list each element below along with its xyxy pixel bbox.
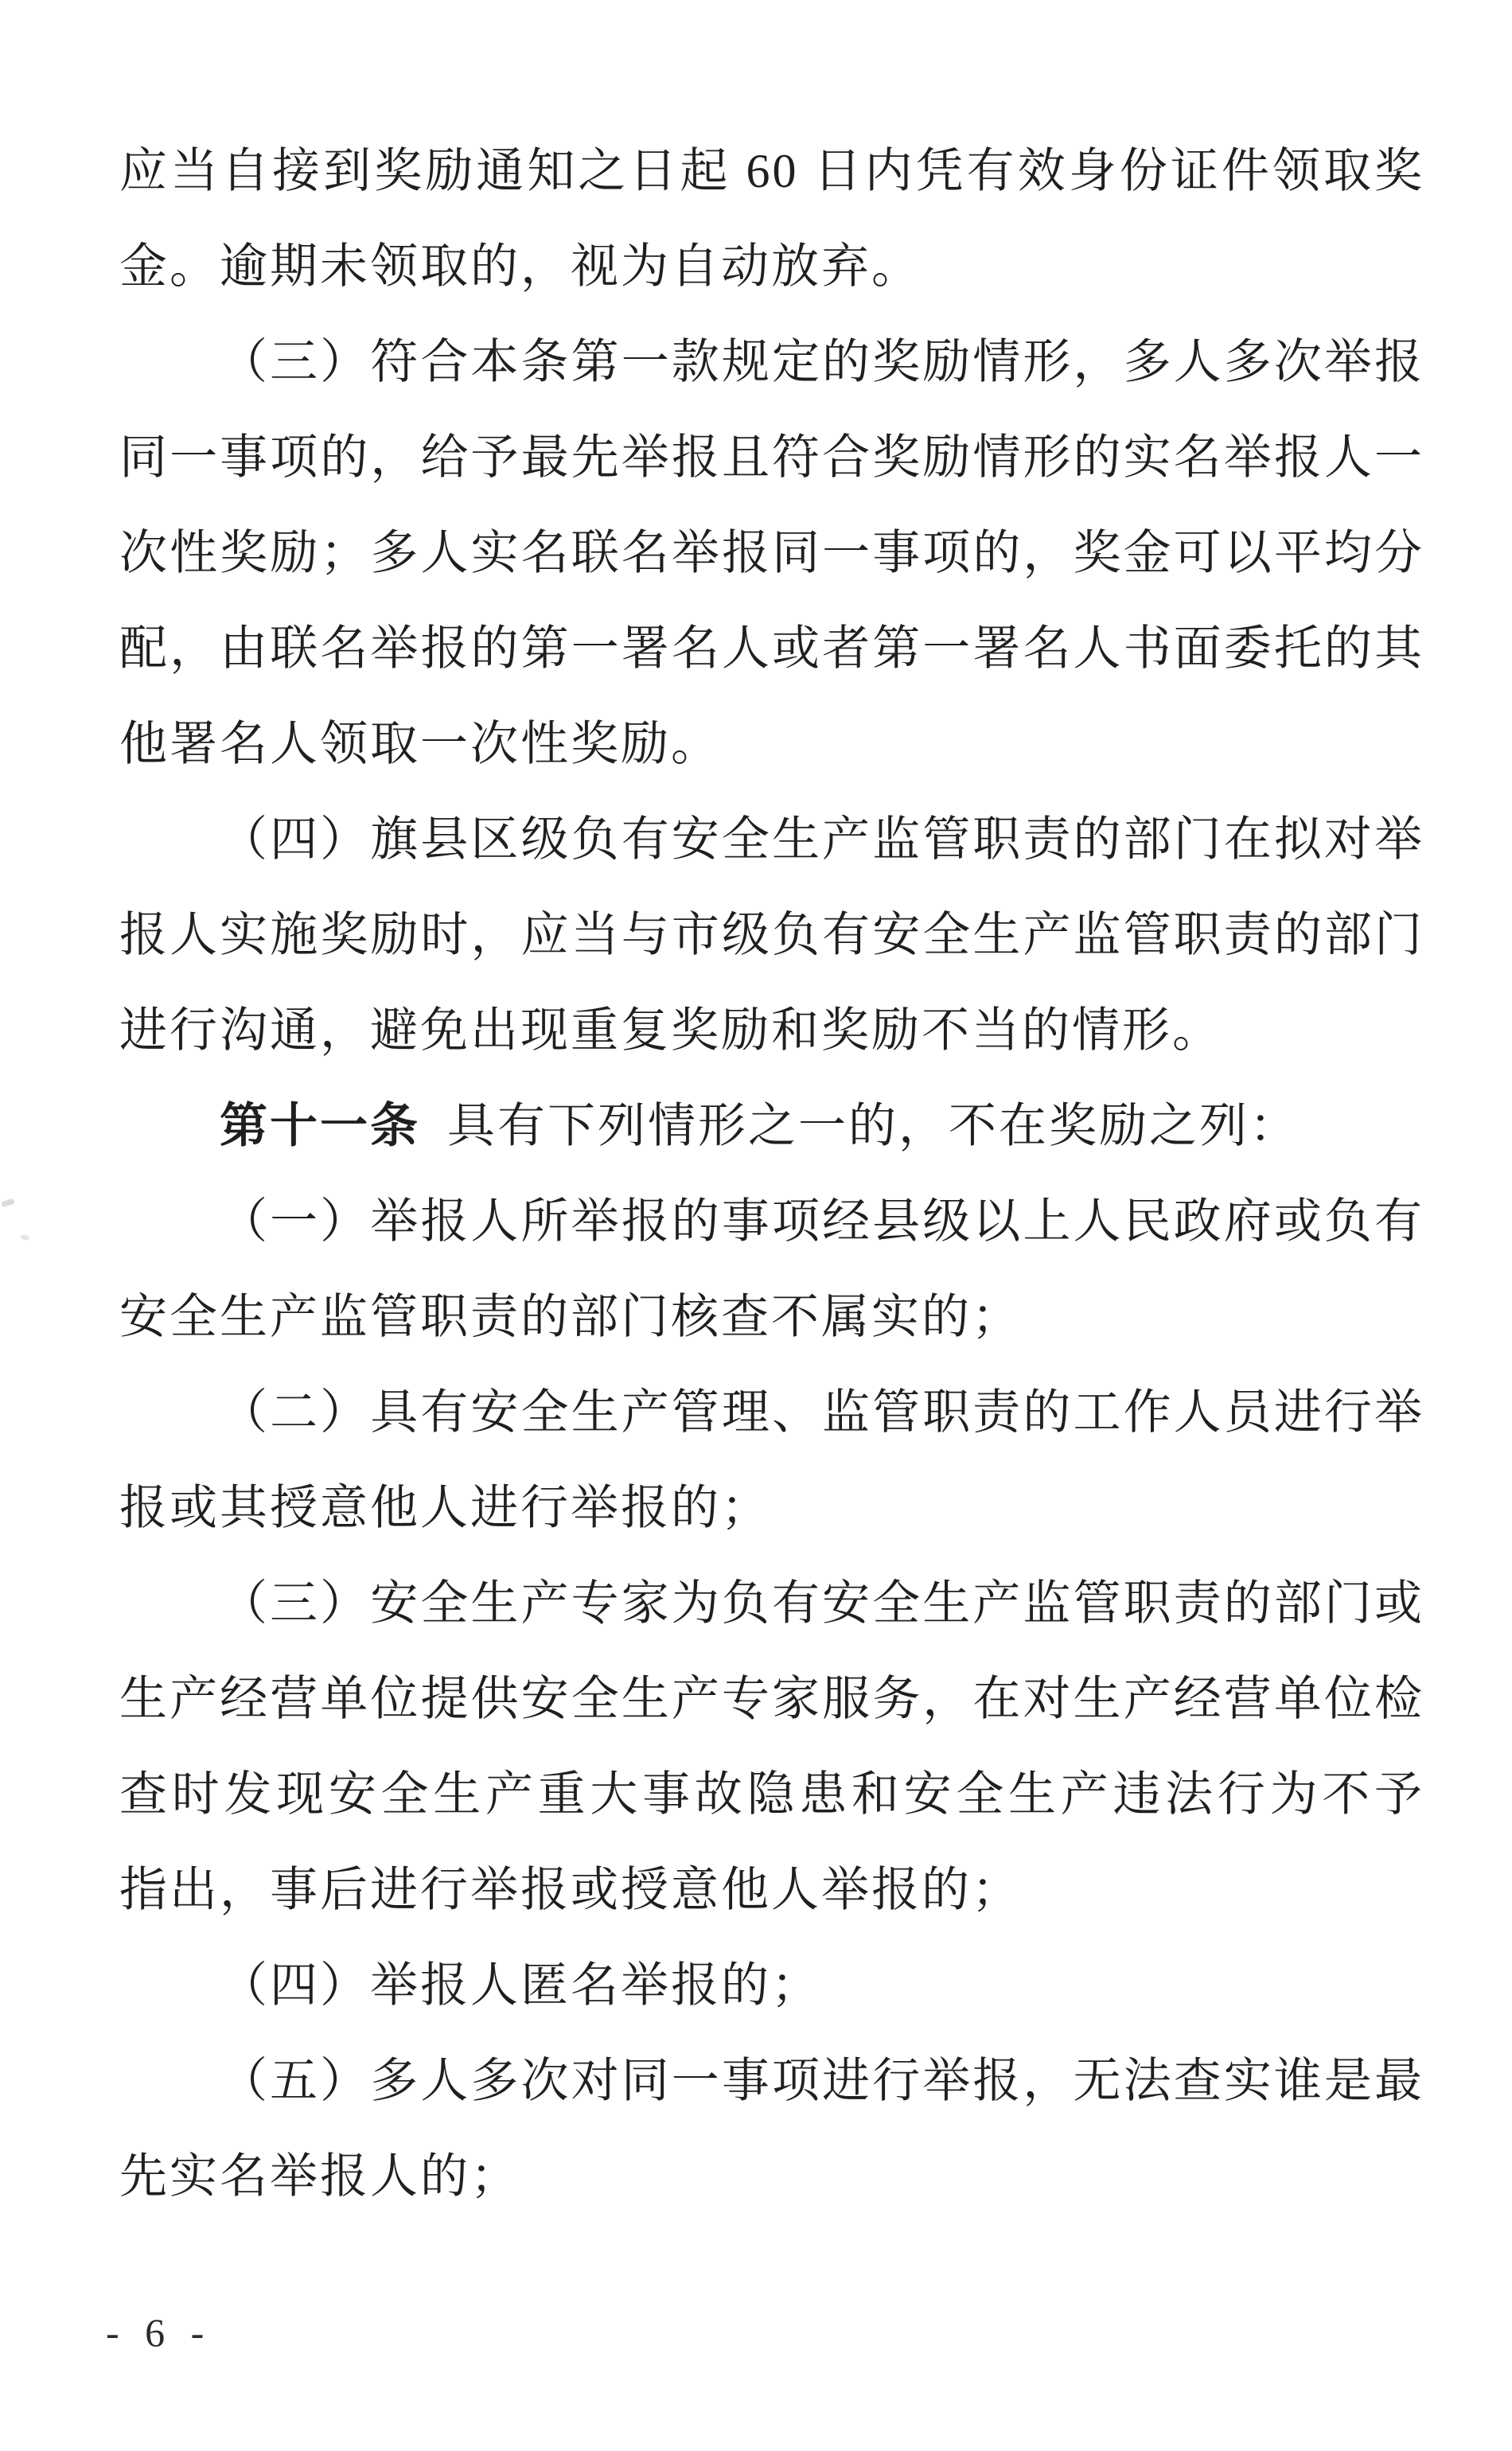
document-line: 安全生产监管职责的部门核查不属实的； — [119, 1269, 1424, 1365]
document-line: （四）旗县区级负有安全生产监管职责的部门在拟对举 — [119, 792, 1424, 887]
document-line: （三）安全生产专家为负有安全生产监管职责的部门或 — [119, 1556, 1424, 1651]
document-line: 生产经营单位提供安全生产专家服务，在对生产经营单位检 — [119, 1651, 1424, 1747]
document-line: 配，由联名举报的第一署名人或者第一署名人书面委托的其 — [119, 601, 1424, 696]
document-line: 进行沟通，避免出现重复奖励和奖励不当的情形。 — [119, 983, 1424, 1078]
page-number: - 6 - — [106, 2297, 205, 2368]
document-line: （五）多人多次对同一事项进行举报，无法查实谁是最 — [119, 2033, 1424, 2129]
document-line: 先实名举报人的； — [119, 2129, 1424, 2224]
document-line: 报人实施奖励时，应当与市级负有安全生产监管职责的部门 — [119, 887, 1424, 983]
document-line: 指出，事后进行举报或授意他人举报的； — [119, 1842, 1424, 1938]
document-line: 同一事项的，给予最先举报且符合奖励情形的实名举报人一 — [119, 410, 1424, 505]
document-line: 他署名人领取一次性奖励。 — [119, 696, 1424, 792]
document-line: （四）举报人匿名举报的； — [119, 1938, 1424, 2033]
document-line: （二）具有安全生产管理、监管职责的工作人员进行举 — [119, 1365, 1424, 1460]
document-page: 应当自接到奖励通知之日起 60 日内凭有效身份证件领取奖 金。逾期未领取的，视为… — [0, 0, 1512, 2451]
document-line-article-heading: 第十一条具有下列情形之一的，不在奖励之列： — [119, 1078, 1424, 1174]
document-body: 应当自接到奖励通知之日起 60 日内凭有效身份证件领取奖 金。逾期未领取的，视为… — [119, 123, 1424, 2224]
document-line: 查时发现安全生产重大事故隐患和安全生产违法行为不予 — [119, 1747, 1424, 1842]
document-line: 次性奖励；多人实名联名举报同一事项的，奖金可以平均分 — [119, 505, 1424, 601]
article-text: 具有下列情形之一的，不在奖励之列： — [447, 1100, 1300, 1152]
document-line: 应当自接到奖励通知之日起 60 日内凭有效身份证件领取奖 — [119, 123, 1424, 219]
article-number: 第十一条 — [220, 1100, 420, 1152]
document-line: 报或其授意他人进行举报的； — [119, 1460, 1424, 1556]
document-line: （三）符合本条第一款规定的奖励情形，多人多次举报 — [119, 314, 1424, 410]
scan-artifact — [1, 1198, 14, 1208]
document-line: （一）举报人所举报的事项经县级以上人民政府或负有 — [119, 1174, 1424, 1269]
document-line: 金。逾期未领取的，视为自动放弃。 — [119, 219, 1424, 314]
scan-artifact — [20, 1234, 29, 1241]
